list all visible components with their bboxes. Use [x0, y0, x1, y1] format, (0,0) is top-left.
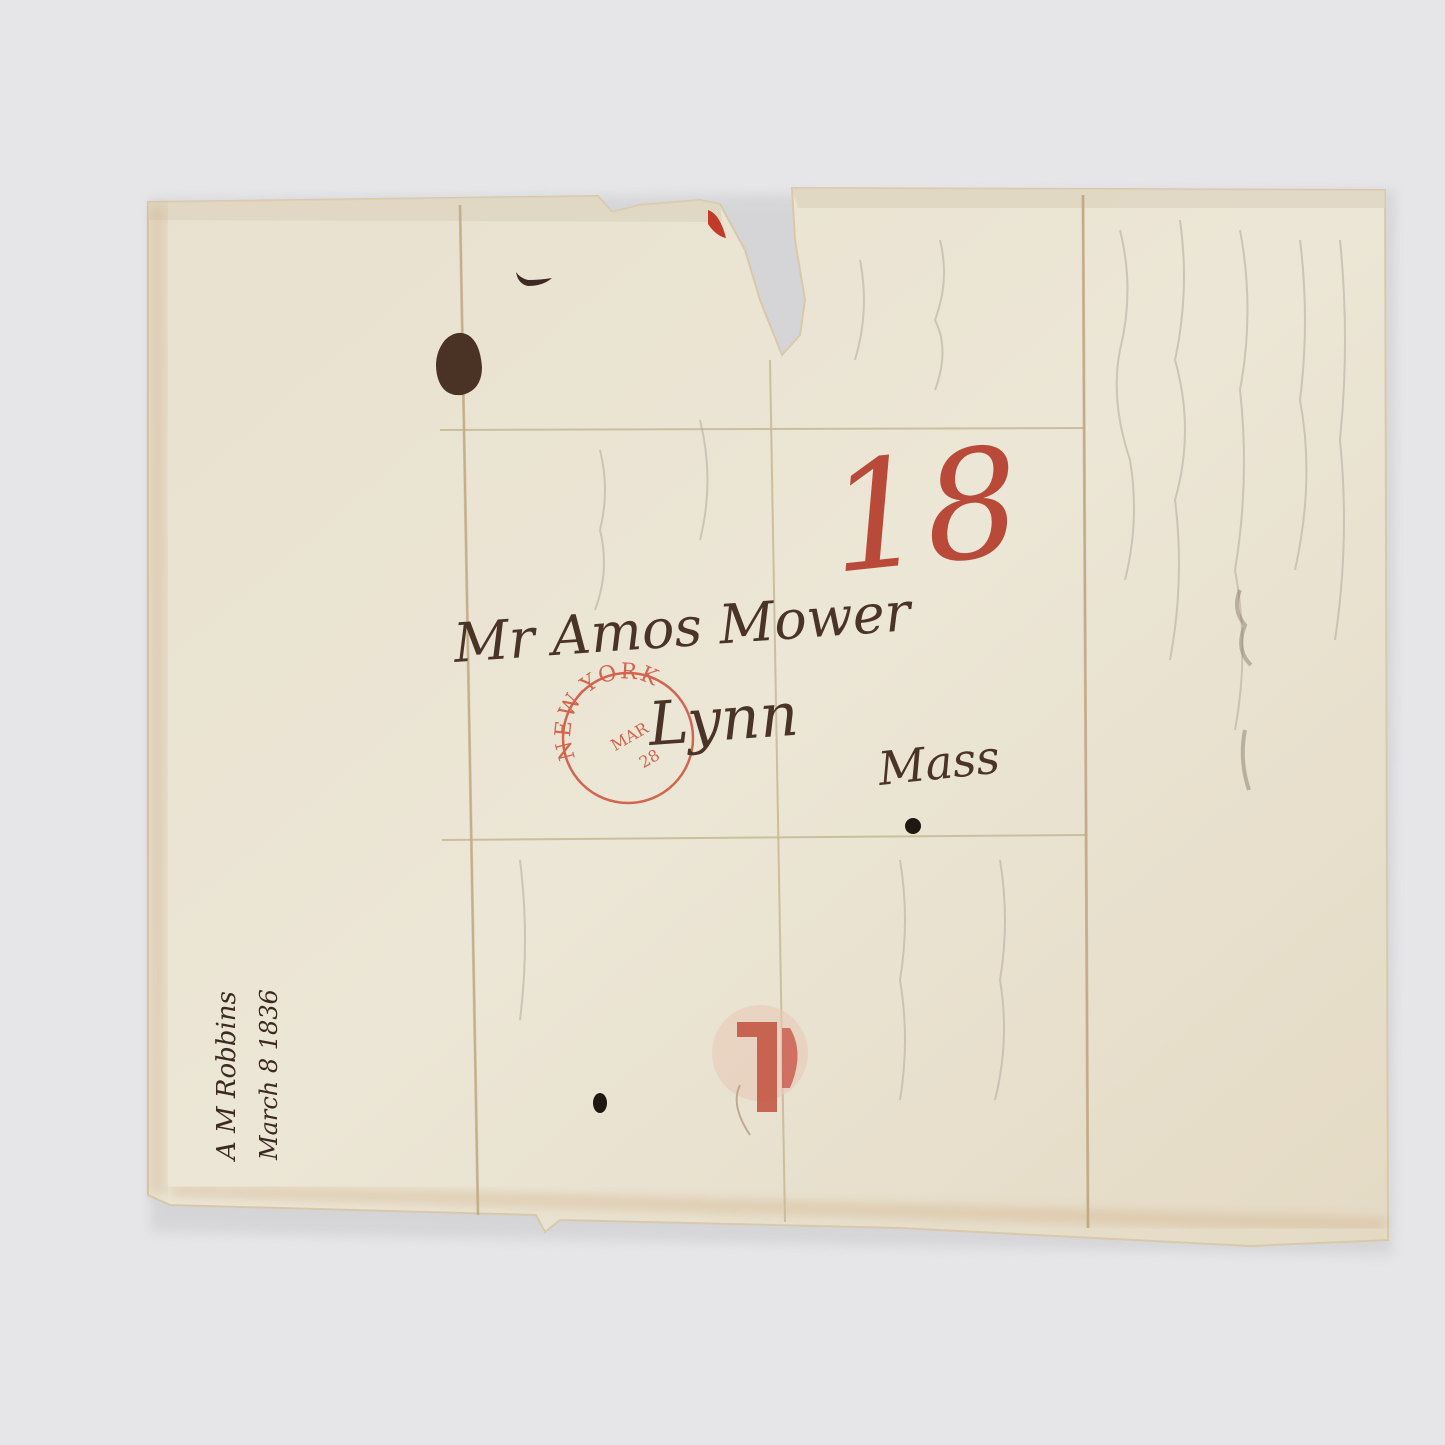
- docketing-line-2: March 8 1836: [255, 989, 283, 1161]
- folded-letter: 18 NEW-YORK MAR 28 Mr Amos Mower Lynn Ma…: [0, 0, 1445, 1445]
- photo-scene: 18 NEW-YORK MAR 28 Mr Amos Mower Lynn Ma…: [0, 0, 1445, 1445]
- rate-marking: 18: [821, 415, 1029, 608]
- docketing-line-1: A M Robbins: [212, 991, 242, 1162]
- address-line-2: Lynn: [645, 680, 800, 760]
- rate-marking-text: 18: [821, 415, 1029, 608]
